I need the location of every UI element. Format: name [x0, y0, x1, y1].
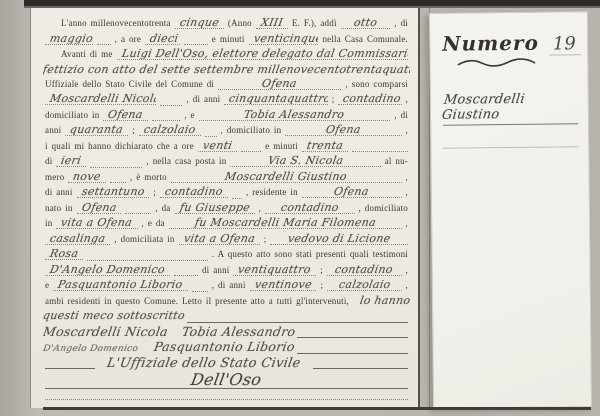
- handwritten-text: nove: [72, 171, 102, 182]
- printed-text: di anni: [202, 265, 230, 275]
- filled-blank: vita a Ofena: [179, 233, 260, 245]
- printed-text: ;: [320, 280, 323, 290]
- act-line: i quali mi hanno dichiarato che a oreven…: [43, 140, 410, 156]
- margin-dotted-line: [443, 146, 578, 148]
- handwritten-text: Moscardelli Nicola: [43, 326, 169, 339]
- act-line: Uffiziale dello Stato Civile del Comune …: [43, 78, 410, 94]
- numero-value: 19: [549, 33, 580, 55]
- next-record-rule: [43, 407, 591, 410]
- handwritten-text: venti: [202, 140, 233, 151]
- handwritten-text: contadino: [164, 186, 224, 197]
- printed-text: ,: [406, 125, 408, 135]
- filled-blank: nove: [68, 171, 106, 183]
- act-line: D'Angelo Domenicodi anniventiquattro;con…: [43, 264, 410, 280]
- printed-text: , di: [394, 18, 408, 28]
- act-line: diieri, nella casa posta inVia S. Nicola…: [43, 155, 410, 171]
- handwritten-text: cinque: [179, 17, 220, 28]
- handwritten-text: Dell'Oso: [190, 372, 263, 388]
- printed-text: , e: [184, 110, 195, 120]
- printed-text: , domiciliato in: [221, 125, 282, 135]
- filled-blank: otto: [341, 17, 391, 29]
- blank-line: [232, 188, 242, 199]
- filled-blank: maggio: [45, 33, 93, 45]
- printed-text: Avanti di me: [61, 49, 113, 59]
- handwritten-text: vedovo di Licione: [287, 233, 392, 244]
- printed-text: L'anno millenovecentotrenta: [61, 18, 171, 28]
- printed-text: al nu-: [385, 156, 408, 166]
- printed-text: di: [45, 156, 52, 166]
- handwritten-text: XIII: [260, 17, 284, 28]
- handwritten-text: Pasquantonio Liborio: [153, 341, 296, 354]
- blank-line: [45, 390, 408, 400]
- act-line: L'anno millenovecentotrentacinque(AnnoXI…: [43, 17, 410, 33]
- handwritten-text: calzolaio: [338, 279, 392, 290]
- handwritten-text: Pasquantonio Liborio: [57, 279, 183, 290]
- act-line: L'Uffiziale dello Stato Civile: [43, 357, 410, 373]
- filled-blank: dieci: [145, 33, 180, 45]
- handwritten-text: dieci: [149, 33, 179, 44]
- filled-blank: Moscardelli Giustino: [171, 171, 402, 183]
- blank-line: [174, 265, 198, 276]
- printed-text: Uffiziale dello Stato Civile del Comune …: [45, 79, 214, 89]
- act-line: ambi residenti in questo Comune. Letto i…: [43, 295, 410, 311]
- act-line: Moscardelli NicolaTobia Alessandro: [43, 326, 410, 342]
- handwritten-text: cinquantaquattro: [228, 93, 327, 104]
- blank-line: [313, 358, 409, 369]
- printed-text: ,: [406, 218, 408, 228]
- filled-blank: Ofena: [285, 124, 401, 136]
- printed-text: , residente in: [246, 187, 298, 197]
- filled-blank: Ofena: [218, 78, 341, 90]
- act-line: nato inOfena, dafu Giuseppe,contadino, d…: [43, 202, 410, 218]
- printed-text: ;: [332, 94, 335, 104]
- printed-text: nato in: [45, 203, 73, 213]
- act-line: [43, 390, 410, 403]
- blank-line: [241, 141, 261, 152]
- printed-text: E. F.), addì: [292, 18, 337, 28]
- printed-text: ,: [406, 280, 408, 290]
- act-line: maggio, a orediecie minutiventicinquenel…: [43, 33, 410, 49]
- printed-text: , nella casa posta in: [146, 156, 226, 166]
- handwritten-text: fu Giuseppe: [179, 202, 251, 213]
- act-line: domiciliato inOfena, eTobia Alessandro, …: [43, 109, 410, 125]
- blank-line: [45, 358, 95, 369]
- handwritten-text: Ofena: [261, 78, 298, 89]
- deceased-name: Moscardelli Giustino: [441, 91, 580, 122]
- filled-blank: ventiquattro: [233, 264, 316, 276]
- handwritten-text: ventinove: [254, 279, 313, 290]
- printed-text: , di anni: [186, 94, 220, 104]
- printed-text: nella Casa Comunale.: [322, 34, 408, 44]
- handwritten-text: D'Angelo Domenico: [49, 264, 166, 275]
- handwritten-text: Via S. Nicola: [267, 155, 344, 166]
- printed-text: ,: [406, 172, 408, 182]
- printed-text: ambi residenti in questo Comune. Letto i…: [45, 296, 349, 306]
- printed-text: e minuti: [265, 141, 298, 151]
- printed-text: (Anno: [228, 18, 252, 28]
- handwritten-text: vita a Ofena: [60, 217, 133, 228]
- printed-text: e: [45, 280, 49, 290]
- numero-row: Numero 19: [442, 30, 577, 56]
- act-line: meronove, è mortoMoscardelli Giustino,: [43, 171, 410, 187]
- printed-text: ,: [259, 203, 261, 213]
- act-line: invita a Ofena, e dafu Moscardelli Maria…: [43, 217, 410, 233]
- filled-blank: ventinove: [250, 279, 317, 291]
- blank-line: [187, 312, 408, 323]
- act-line: questi meco sottoscritto: [43, 310, 410, 326]
- filled-blank: venti: [198, 140, 237, 152]
- handwritten-text: trenta: [306, 140, 344, 151]
- numero-label: Numero: [442, 31, 539, 56]
- handwritten-text: contadino: [280, 202, 340, 213]
- filled-blank: venticinque: [249, 33, 319, 45]
- printed-text: mero: [45, 172, 64, 182]
- handwritten-text: quaranta: [69, 124, 124, 135]
- printed-text: ;: [153, 187, 156, 197]
- blank-line: [205, 126, 217, 137]
- act-body: L'anno millenovecentotrentacinque(AnnoXI…: [43, 17, 410, 403]
- handwritten-text: Ofena: [333, 186, 370, 197]
- act-line: fettizio con atto del sette settembre mi…: [43, 64, 410, 78]
- blank-line: [297, 343, 408, 354]
- filled-blank: ieri: [56, 155, 86, 167]
- act-line: ePasquantonio Liborio, di anniventinove;…: [43, 279, 410, 295]
- filled-blank: casalinga: [45, 233, 110, 245]
- act-line: Rosa. A questo atto sono stati presenti …: [43, 248, 410, 264]
- printed-text: di anni: [45, 187, 73, 197]
- blank-line: [87, 250, 208, 261]
- filled-blank: cinquantaquattro: [224, 93, 327, 105]
- filled-blank: contadino: [327, 264, 402, 276]
- filled-blank: trenta: [302, 140, 348, 152]
- act-line: D'Angelo DomenicoPasquantonio Liborio: [43, 341, 410, 357]
- handwritten-text: Luigi Dell'Oso, elettore delegato dal Co…: [121, 48, 408, 59]
- blank-line: [110, 172, 126, 183]
- blank-line: [125, 203, 151, 214]
- filled-blank: Ofena: [77, 202, 122, 214]
- handwritten-text: venticinque: [253, 33, 319, 44]
- printed-text: ;: [132, 125, 135, 135]
- printed-text: anni: [45, 125, 61, 135]
- printed-text: i quali mi hanno dichiarato che a ore: [45, 141, 194, 151]
- filled-blank: contadino: [338, 93, 401, 105]
- printed-text: , domiciliato: [359, 203, 409, 213]
- scanned-death-record: { "margin": { "numero_label": "Numero", …: [0, 0, 600, 416]
- handwritten-text: Ofena: [81, 202, 118, 213]
- filled-blank: Tobia Alessandro: [199, 109, 391, 121]
- act-line: casalinga, domiciliata invita a Ofena;ve…: [43, 233, 410, 249]
- handwritten-text: ieri: [60, 155, 82, 166]
- handwritten-text: fettizio con atto del sette settembre mi…: [43, 64, 410, 75]
- handwritten-text: Moscardelli Nicola: [49, 93, 156, 104]
- handwritten-text: casalinga: [49, 233, 106, 244]
- handwritten-text: vita a Ofena: [183, 233, 256, 244]
- printed-text: ;: [320, 265, 323, 275]
- printed-text: , a ore: [115, 34, 141, 44]
- handwritten-text: contadino: [342, 93, 401, 104]
- printed-text: , da: [155, 203, 170, 213]
- blank-line: [90, 157, 142, 168]
- name-underline: [443, 123, 578, 125]
- printed-text: e minuti: [212, 34, 245, 44]
- filled-blank: contadino: [160, 186, 228, 198]
- printed-text: , di anni: [212, 280, 246, 290]
- printed-text: , e da: [142, 218, 165, 228]
- filled-blank: settantuno: [77, 186, 150, 198]
- handwritten-text: ventiquattro: [238, 264, 313, 275]
- blank-line: [352, 141, 408, 152]
- blank-line: [184, 34, 208, 45]
- handwritten-text: settantuno: [81, 186, 146, 197]
- handwritten-text: L'Uffiziale dello Stato Civile: [106, 357, 302, 370]
- filled-blank: calzolaio: [139, 124, 201, 136]
- printed-text: ,: [406, 265, 408, 275]
- handwritten-text: Ofena: [325, 124, 362, 135]
- act-line: Moscardelli Nicola, di annicinquantaquat…: [43, 93, 410, 109]
- filled-blank: cinque: [175, 17, 224, 29]
- printed-text: ;: [264, 234, 267, 244]
- handwritten-text: calzolaio: [143, 124, 197, 135]
- filled-blank: Ofena: [302, 186, 402, 198]
- filled-blank: Luigi Dell'Oso, elettore delegato dal Co…: [117, 48, 408, 60]
- filled-blank: Moscardelli Nicola: [45, 93, 156, 105]
- register-margin: Numero 19 Moscardelli Giustino: [429, 11, 592, 409]
- filled-blank: vita a Ofena: [56, 217, 137, 229]
- blank-line: [192, 281, 208, 292]
- blank-line: [297, 327, 408, 338]
- printed-text: , è morto: [130, 172, 167, 182]
- printed-text: . A questo atto sono stati presenti qual…: [212, 249, 408, 259]
- printed-text: in: [45, 218, 52, 228]
- printed-text: , sono comparsi: [345, 79, 408, 89]
- handwritten-text: contadino: [334, 264, 394, 275]
- handwritten-text: lo hanno: [359, 295, 410, 306]
- handwritten-text: Ofena: [107, 109, 144, 120]
- filled-blank: D'Angelo Domenico: [45, 264, 170, 276]
- handwritten-text: maggio: [49, 33, 93, 44]
- filled-blank: Rosa: [45, 248, 83, 260]
- handwritten-text: questi meco sottoscritto: [43, 310, 186, 321]
- act-line: anniquaranta;calzolaio, domiciliato inOf…: [43, 124, 410, 140]
- handwritten-text: Tobia Alessandro: [181, 326, 297, 339]
- handwritten-text: otto: [353, 17, 378, 28]
- printed-text: ,: [406, 187, 408, 197]
- filled-blank: XIII: [256, 17, 288, 29]
- handwritten-text: Moscardelli Giustino: [224, 171, 348, 182]
- filled-blank: Pasquantonio Liborio: [53, 279, 188, 291]
- handwritten-text: Rosa: [49, 248, 79, 259]
- filled-blank: calzolaio: [327, 279, 401, 291]
- filled-blank: fu Giuseppe: [175, 202, 255, 214]
- filled-blank: Dell'Oso: [45, 372, 408, 389]
- handwritten-text: fu Moscardelli Maria Filomena: [194, 217, 377, 228]
- blank-line: [160, 95, 182, 106]
- act-line: di annisettantuno;contadino, residente i…: [43, 186, 410, 202]
- printed-text: , domiciliata in: [114, 234, 174, 244]
- death-act-page: L'anno millenovecentotrentacinque(AnnoXI…: [30, 8, 420, 408]
- handwritten-text: Tobia Alessandro: [243, 109, 345, 120]
- act-line: Avanti di meLuigi Dell'Oso, elettore del…: [43, 48, 410, 64]
- filled-blank: contadino: [265, 202, 354, 214]
- act-line: Dell'Oso: [43, 372, 410, 390]
- blank-line: [97, 34, 111, 45]
- printed-text: ,: [406, 94, 408, 104]
- printed-text: domiciliato in: [45, 110, 99, 120]
- printed-text: , di: [394, 110, 408, 120]
- blank-line: [152, 110, 180, 121]
- filled-blank: vedovo di Licione: [270, 233, 408, 245]
- filled-blank: Via S. Nicola: [230, 155, 380, 167]
- handwritten-text: D'Angelo Domenico: [43, 345, 139, 354]
- filled-blank: quaranta: [65, 124, 128, 136]
- filled-blank: fu Moscardelli Maria Filomena: [169, 217, 402, 229]
- filled-blank: Ofena: [103, 109, 148, 121]
